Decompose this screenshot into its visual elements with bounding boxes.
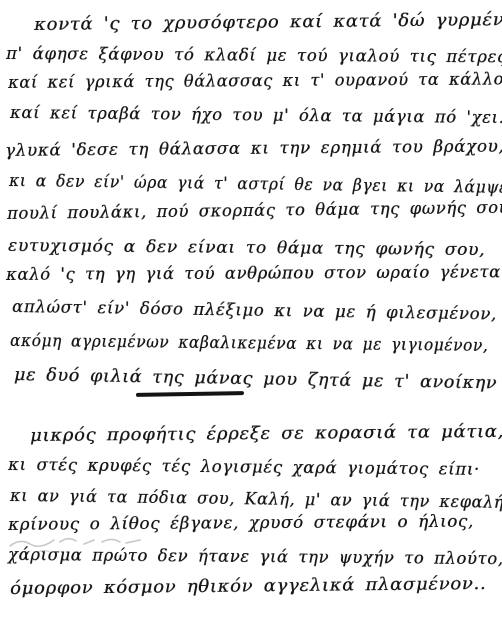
manuscript-page: κοντά 'ς το χρυσόφτερο καί κατά 'δώ γυρμ… [0,0,502,624]
handwritten-line: καλό 'ς τη γη γιά τού ανθρώπου στον ωραί… [6,262,502,285]
handwritten-line: ευτυχισμός α δεν είναι το θάμα της φωνής… [8,236,485,260]
handwritten-line: κοντά 'ς το χρυσόφτερο καί κατά 'δώ γυρμ… [34,9,502,35]
handwritten-line: ακόμη αγριεμένων καβαλικεμένα κι να με γ… [10,331,488,356]
handwritten-line: π' άφησε ξάφνου τό κλαδί με τού γιαλού τ… [6,44,502,67]
handwritten-line: κρίνους ο λίθος έβγανε, χρυσό στεφάνι ο … [8,512,474,535]
handwritten-line: απλώστ' είν' δόσο πλέξιμο κι να με ή φιλ… [12,297,497,325]
handwritten-line: όμορφον κόσμον ηθικόν αγγελικά πλασμένον… [10,573,486,599]
handwritten-line: κι στές κρυφές τές λογισμές χαρά γιομάτο… [8,455,480,480]
handwritten-line: γλυκά 'δεσε τη θάλασσα κι την ερημιά του… [5,137,502,161]
handwritten-line: χάρισμα πρώτο δεν ήτανε γιά την ψυχήν το… [8,545,502,569]
handwritten-line: με δυό φιλιά της μάνας μου ζητά με τ' αν… [14,364,497,393]
handwritten-line: πουλί πουλάκι, πού σκορπάς το θάμα της φ… [7,198,502,224]
emphasis-underline [136,391,244,397]
handwritten-line: καί κεί τραβά τον ήχο του μ' όλα τα μάγι… [10,103,502,128]
handwritten-line: κι α δεν είν' ώρα γιά τ' αστρί θε να βγε… [9,171,502,198]
handwritten-line: κι αν γιά τα πόδια σου, Καλή, μ' αν γιά … [10,486,502,513]
handwritten-line: καί κεί γρικά της θάλασσας κι τ' ουρανού… [8,69,502,93]
handwritten-line: μικρός προφήτις έρρεξε σε κορασιά τα μάτ… [30,421,502,446]
